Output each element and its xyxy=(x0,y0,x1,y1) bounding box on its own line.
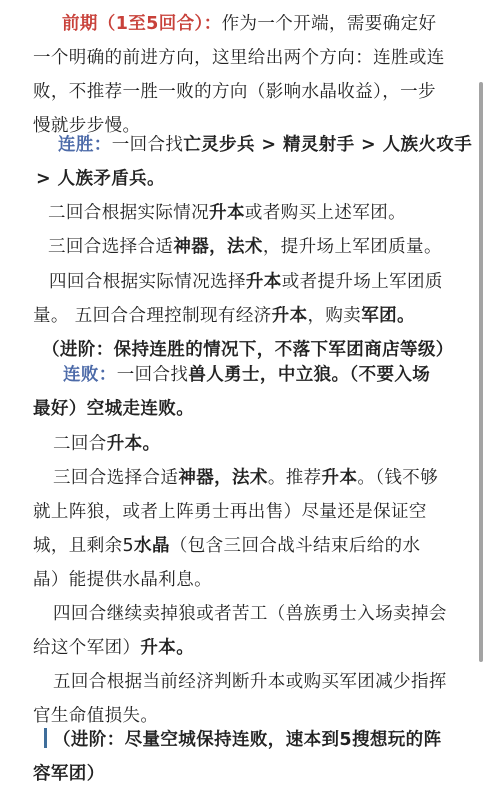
lose-streak-line-2: 最好）空城走连败。 xyxy=(33,397,194,421)
win-streak-line-2: > 人族矛盾兵。 xyxy=(36,167,165,191)
lose-round-3-line-3: 城，且剩余5水晶（包含三回合战斗结束后给的水 xyxy=(33,534,420,558)
lose-streak-line-1: 连败：一回合找兽人勇士，中立狼。（不要入场 xyxy=(63,363,430,387)
vertical-scrollbar[interactable] xyxy=(479,82,483,662)
lose-round-5-line-2: 官生命值损失。 xyxy=(33,704,158,728)
lose-round-4-line-1: 四回合继续卖掉狼或者苦工（兽族勇士入场卖掉会 xyxy=(53,602,447,626)
intro-line-1: 前期（1至5回合）：作为一个开端，需要确定好 xyxy=(62,12,436,36)
win-streak-heading: 连胜： xyxy=(58,135,112,155)
early-game-heading: 前期（1至5回合）： xyxy=(62,14,222,34)
win-round-2: 二回合根据实际情况升本或者购买上述军团。 xyxy=(48,201,406,225)
win-round-5: 量。 五回合合理控制现有经济升本，购卖军团。 xyxy=(33,304,415,328)
intro-line-2: 一个明确的前进方向，这里给出两个方向：连胜或连 xyxy=(33,46,445,70)
lose-round-3-line-4: 晶）能提供水晶利息。 xyxy=(33,568,212,592)
intro-line-3: 败，不推荐一胜一败的方向（影响水晶收益），一步 xyxy=(33,80,436,104)
lose-round-5-line-1: 五回合根据当前经济判断升本或购买军团减少指挥 xyxy=(53,670,447,694)
lose-advanced-tip-line-2: 容军团） xyxy=(33,762,105,786)
quote-bar-icon xyxy=(44,728,47,748)
win-round-3: 三回合选择合适神器，法术，提升场上军团质量。 xyxy=(48,235,442,259)
lose-round-3-line-2: 就上阵狼，或者上阵勇士再出售）尽量还是保证空 xyxy=(33,500,427,524)
win-advanced-tip: （进阶：保持连胜的情况下，不落下军团商店等级） xyxy=(42,338,454,362)
lose-advanced-tip-line-1: （进阶：尽量空城保持连败，速本到5搜想玩的阵 xyxy=(44,728,441,752)
win-round-4: 四回合根据实际情况选择升本或者提升场上军团质 xyxy=(49,270,443,294)
lose-round-3-line-1: 三回合选择合适神器，法术。推荐升本。（钱不够 xyxy=(53,466,438,490)
lose-round-4-line-2: 给这个军团）升本。 xyxy=(33,636,194,660)
win-streak-line-1: 连胜：一回合找亡灵步兵 > 精灵射手 > 人族火攻手 xyxy=(58,133,472,157)
lose-streak-heading: 连败： xyxy=(63,365,117,385)
lose-round-2: 二回合升本。 xyxy=(53,432,160,456)
